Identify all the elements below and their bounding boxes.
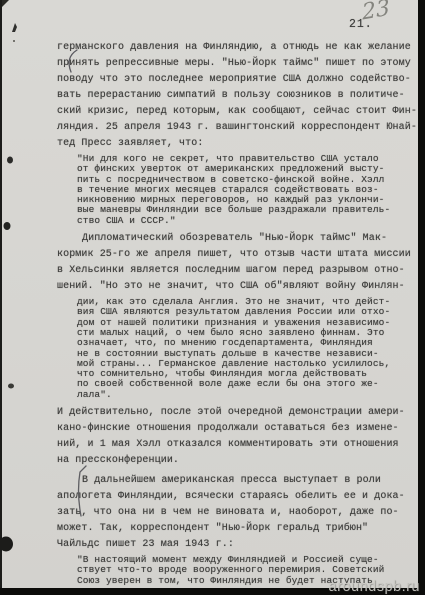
hole-punch-marks (0, 150, 20, 560)
text-line: на прессконференции. (57, 453, 419, 469)
margin-curve-mark (62, 48, 80, 74)
paragraph-block: В дальнейшем американская пресса выступа… (57, 473, 419, 553)
text-line: тед Пресс заявляет, что: (57, 136, 419, 152)
text-line: принять репрессивные меры. "Нью-Йорк тай… (57, 56, 419, 72)
text-line: по своей собственной воле даже если бы о… (77, 379, 419, 389)
text-line: ский кризис, перед которым, как сообщают… (57, 104, 419, 120)
text-line: Чайльдс пишет 23 мая 1943 г.: (57, 537, 419, 553)
text-line: германского давления на Финляндию, а отн… (57, 40, 419, 56)
quote-block: "Ни для кого не секрет, что правительств… (77, 154, 419, 226)
text-line: апологета Финляндии, всячески стараясь о… (57, 489, 419, 505)
typed-page-number: 21. (349, 18, 373, 31)
text-line: поводу что это последнее мероприятие США… (57, 72, 419, 88)
text-line: кормик 25-го же апреля пишет, что отзыв … (57, 247, 419, 263)
text-line: лала". (77, 390, 419, 400)
scan-edge-left (0, 0, 2, 595)
document-text: германского давления на Финляндию, а отн… (57, 40, 419, 591)
scan-edge-right (418, 0, 425, 595)
text-line: в Хельсинки является последним шагом пер… (57, 263, 419, 279)
text-line: ний, и 1 мая Хэлл отказался комментирова… (57, 437, 419, 453)
paragraph-block: И действительно, после этой очередной де… (57, 405, 419, 469)
paragraph-block: германского давления на Финляндию, а отн… (57, 40, 419, 152)
margin-bracket-mark (74, 464, 90, 520)
pen-check-mark (9, 20, 23, 46)
text-line: вать перерастанию симпатий в пользу союз… (57, 88, 419, 104)
text-line: Дипломатический обозреватель "Нью-Йорк т… (57, 231, 419, 247)
text-line: шений. "Но это не значит, что США об"явл… (57, 279, 419, 295)
text-line: И действительно, после этой очередной де… (57, 405, 419, 421)
quote-block: дии, как это сделала Англия. Это не знач… (77, 297, 419, 400)
text-line: В дальнейшем американская пресса выступа… (57, 473, 419, 489)
text-line: кано-финские отношения продолжали остава… (57, 421, 419, 437)
scanned-document-page: 23 21. германского давления на Финляндию… (0, 0, 425, 595)
watermark: aroundspb.ru (329, 579, 420, 595)
text-line: ство США и СССР." (77, 216, 419, 226)
text-line: зать, что она ни в чем не виновата и, на… (57, 505, 419, 521)
text-line: может. Так, корреспондент "Нью-Йорк гера… (57, 521, 419, 537)
text-line: ляндия. 25 апреля 1943 г. вашингтонский … (57, 120, 419, 136)
paragraph-block: Дипломатический обозреватель "Нью-Йорк т… (57, 231, 419, 295)
